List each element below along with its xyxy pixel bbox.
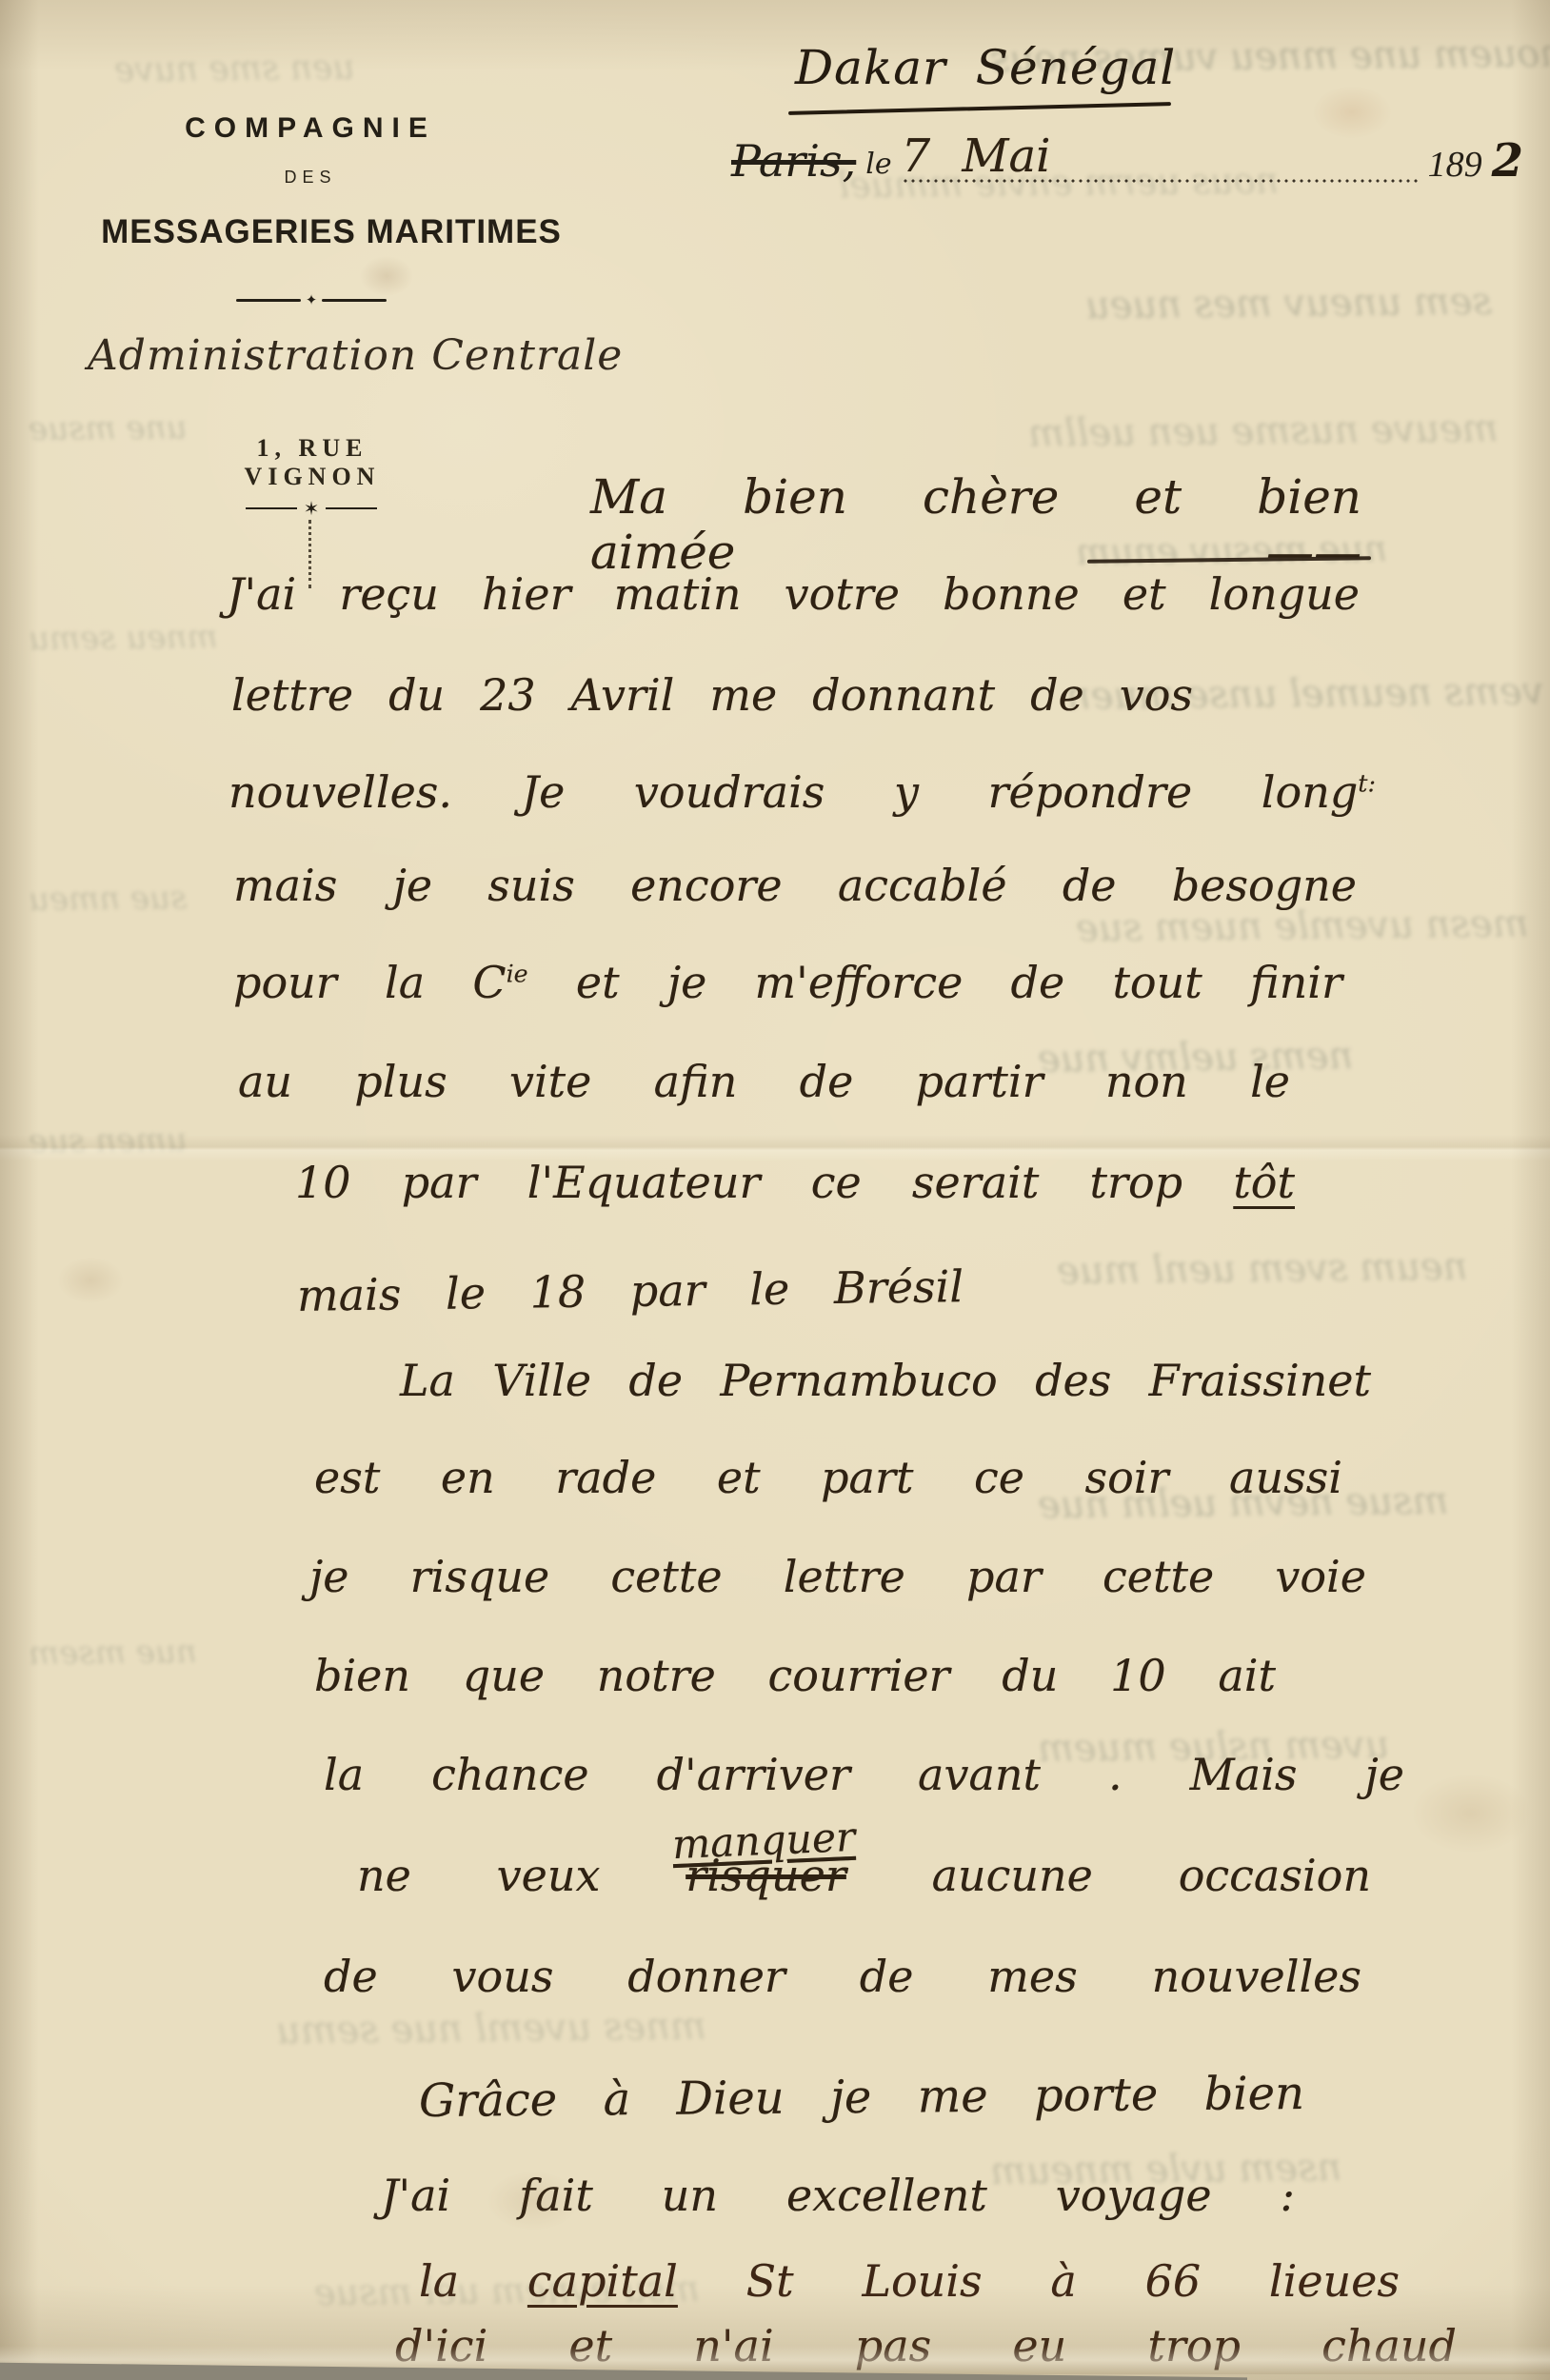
company-name-line2: DES bbox=[114, 168, 507, 188]
handwritten-day-month: 7 Mai bbox=[902, 135, 1051, 179]
letter-line: d'ici et n'ai pas eu trop chaud bbox=[395, 2321, 1457, 2371]
letter-line: de vous donner de mes nouvelles bbox=[324, 1952, 1361, 2002]
letter-line: est en rade et part ce soir aussi bbox=[314, 1453, 1342, 1503]
divider-line bbox=[322, 299, 387, 302]
cross-ornament: ✶ bbox=[246, 499, 377, 518]
letterhead-divider: ✦ bbox=[236, 293, 387, 307]
inserted-word-above: manquer bbox=[671, 1815, 856, 1869]
letter-line: 10 par l'Equateur ce serait trop tôt bbox=[295, 1158, 1295, 1208]
correction: manquerrisquer bbox=[686, 1851, 846, 1901]
printed-place-struck: Paris, bbox=[731, 139, 856, 183]
letter-page: mes nouem une mneu vumes nous uen sme nu… bbox=[0, 0, 1550, 2380]
company-name-line1: COMPAGNIE bbox=[114, 112, 507, 145]
superscript-abbreviation: t: bbox=[1358, 770, 1376, 798]
date-line: Paris, le 7 Mai 189 2 bbox=[731, 135, 1523, 183]
bleedthrough-squiggle: nue msem bbox=[29, 1633, 197, 1673]
letter-line: bien que notre courrier du 10 ait bbox=[314, 1651, 1276, 1701]
company-address: 1, RUE VIGNON bbox=[190, 434, 434, 491]
bleedthrough-squiggle: mnes uveml nue semu bbox=[276, 2005, 706, 2053]
bleedthrough-squiggle: meuve nusme uen uellm bbox=[1028, 407, 1499, 455]
bleedthrough-squiggle: umen sue bbox=[29, 1121, 188, 1160]
divider-line bbox=[236, 299, 301, 302]
letter-line: J'ai fait un excellent voyage : bbox=[381, 2171, 1295, 2221]
ornament-line bbox=[326, 507, 377, 509]
letter-line: pour la Cie et je m'efforce de tout fini… bbox=[233, 958, 1342, 1008]
letter-line: mais je suis encore accablé de besogne bbox=[233, 861, 1357, 911]
bleedthrough-squiggle: sue nmeu bbox=[29, 879, 188, 919]
letter-line: la chance d'arriver avant . Mais je bbox=[324, 1750, 1404, 1800]
bleedthrough-squiggle: uen sme nuve bbox=[114, 49, 355, 90]
company-name-line3: MESSAGERIES MARITIMES bbox=[55, 213, 607, 251]
star-ornament-icon: ✶ bbox=[304, 499, 320, 518]
place-underline-stroke bbox=[788, 102, 1171, 114]
department-name: Administration Centrale bbox=[88, 331, 623, 380]
salutation: Ma bien chère et bien aimée —— bbox=[590, 470, 1361, 580]
letter-line: au plus vite afin de partir non le bbox=[238, 1057, 1290, 1107]
letter-line: je risque cette lettre par cette voie bbox=[309, 1552, 1366, 1602]
handwritten-place: Dakar Sénégal bbox=[795, 40, 1176, 95]
superscript-abbreviation: ie bbox=[507, 961, 528, 988]
underlined-word: tôt bbox=[1233, 1157, 1295, 1208]
letter-line: la capital St Louis à 66 lieues bbox=[419, 2256, 1400, 2307]
letter-line: nouvelles. Je voudrais y répondre longt: bbox=[229, 767, 1376, 818]
bleedthrough-squiggle: neum svem uenl mue bbox=[1057, 1245, 1468, 1294]
ornament-line bbox=[246, 507, 297, 509]
dotted-rule: 7 Mai bbox=[902, 135, 1419, 183]
bleedthrough-squiggle: mneu semu bbox=[29, 618, 218, 658]
printed-le: le bbox=[865, 146, 891, 183]
bleedthrough-squiggle: une msue bbox=[29, 408, 188, 448]
printed-year-prefix: 189 bbox=[1428, 147, 1482, 183]
letter-line: mais le 18 par le Brésil bbox=[297, 1261, 964, 1321]
letter-line: J'ai reçu hier matin votre bonne et long… bbox=[227, 569, 1360, 620]
letter-line: lettre du 23 Avril me donnant de vos bbox=[231, 670, 1193, 721]
letter-line-with-correction: ne veux manquerrisquer aucune occasion bbox=[357, 1851, 1371, 1901]
letter-line: Grâce à Dieu je me porte bien bbox=[419, 2068, 1304, 2128]
bleedthrough-squiggle: sem uneuv mes nueu bbox=[1085, 280, 1492, 327]
letter-line: La Ville de Pernambuco des Fraissinet bbox=[400, 1356, 1371, 1406]
underlined-word: capital bbox=[527, 2255, 678, 2307]
divider-ornament-icon: ✦ bbox=[306, 293, 318, 307]
handwritten-year-digit: 2 bbox=[1492, 141, 1523, 182]
